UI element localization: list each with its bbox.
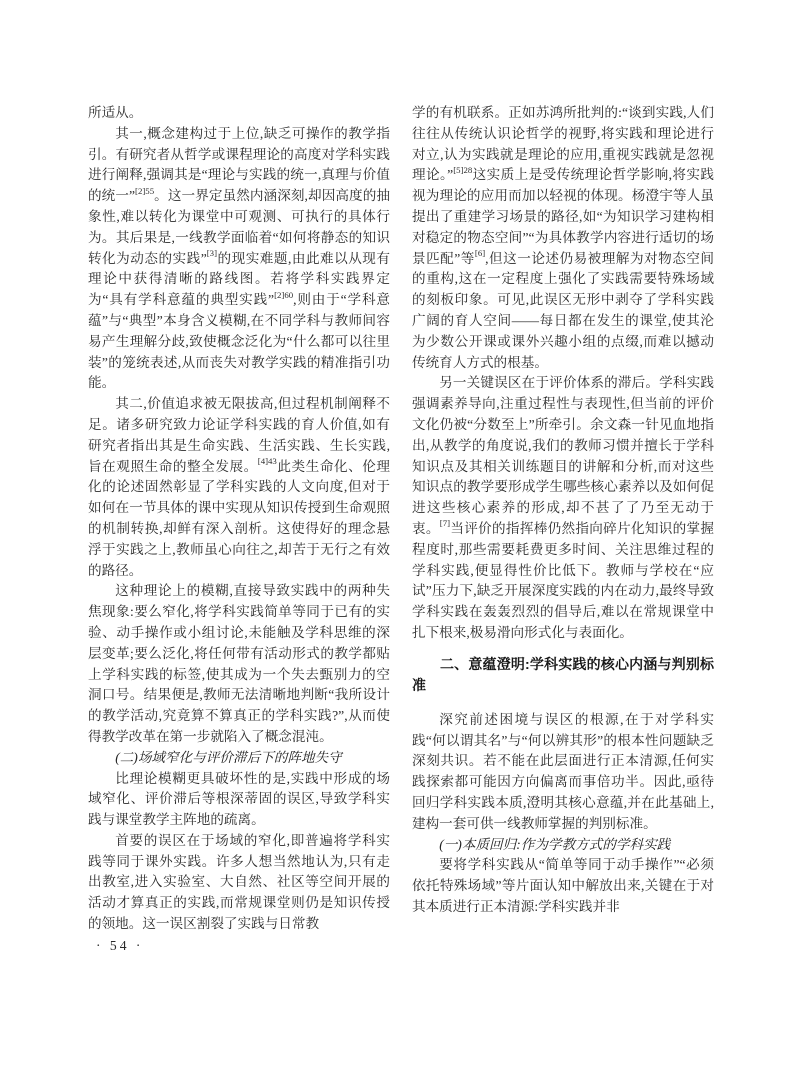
page-number: · 54 ·: [88, 936, 390, 957]
paragraph: 另一关键误区在于评价体系的滞后。学科实践强调素养导向,注重过程性与表现性,但当前…: [412, 373, 714, 643]
paragraph: 其二,价值追求被无限拔高,但过程机制阐释不足。诸多研究致力论证学科实践的育人价值…: [88, 394, 390, 581]
citation-ref: [3]: [207, 248, 217, 258]
paragraph: 比理论模糊更具破坏性的是,实践中形成的场域窄化、评价滞后等根深蒂固的误区,导致学…: [88, 769, 390, 831]
paragraph: 要将学科实践从“简单等同于动手操作”“必须依托特殊场域”等片面认知中解放出来,关…: [412, 855, 714, 917]
subsection-heading: (二)场域窄化与评价滞后下的阵地失守: [88, 748, 390, 769]
paragraph-continuation: 所适从。: [88, 103, 390, 124]
citation-ref: [4]43: [258, 456, 277, 466]
citation-ref: [6]: [475, 248, 485, 258]
subsection-heading: (一)本质回归:作为学教方式的学科实践: [412, 835, 714, 856]
left-column-blocks: 所适从。其一,概念建构过于上位,缺乏可操作的教学指引。有研究者从哲学或课程理论的…: [88, 103, 390, 935]
paper-page: 所适从。其一,概念建构过于上位,缺乏可操作的教学指引。有研究者从哲学或课程理论的…: [0, 0, 800, 1077]
paragraph-continuation: 学的有机联系。正如苏鸿所批判的:“谈到实践,人们往往从传统认识论哲学的视野,将实…: [412, 103, 714, 373]
paragraph: 首要的误区在于场域的窄化,即普遍将学科实践等同于课外实践。许多人想当然地认为,只…: [88, 831, 390, 935]
citation-ref: [7]: [440, 518, 450, 528]
right-column: 学的有机联系。正如苏鸿所批判的:“谈到实践,人们往往从传统认识论哲学的视野,将实…: [412, 103, 714, 957]
citation-ref: [2]60: [274, 290, 293, 300]
text-columns: 所适从。其一,概念建构过于上位,缺乏可操作的教学指引。有研究者从哲学或课程理论的…: [88, 103, 714, 957]
citation-ref: [5]28: [453, 165, 472, 175]
right-column-blocks: 学的有机联系。正如苏鸿所批判的:“谈到实践,人们往往从传统认识论哲学的视野,将实…: [412, 103, 714, 918]
citation-ref: [2]55: [135, 186, 154, 196]
paragraph: 深究前述困境与误区的根源,在于对学科实践“何以谓其名”与“何以辨其形”的根本性问…: [412, 710, 714, 835]
section-heading: 二、意蕴澄明:学科实践的核心内涵与判别标准: [412, 654, 714, 697]
paragraph: 其一,概念建构过于上位,缺乏可操作的教学指引。有研究者从哲学或课程理论的高度对学…: [88, 124, 390, 394]
left-column: 所适从。其一,概念建构过于上位,缺乏可操作的教学指引。有研究者从哲学或课程理论的…: [88, 103, 390, 957]
paragraph: 这种理论上的模糊,直接导致实践中的两种失焦现象:要么窄化,将学科实践简单等同于已…: [88, 581, 390, 747]
